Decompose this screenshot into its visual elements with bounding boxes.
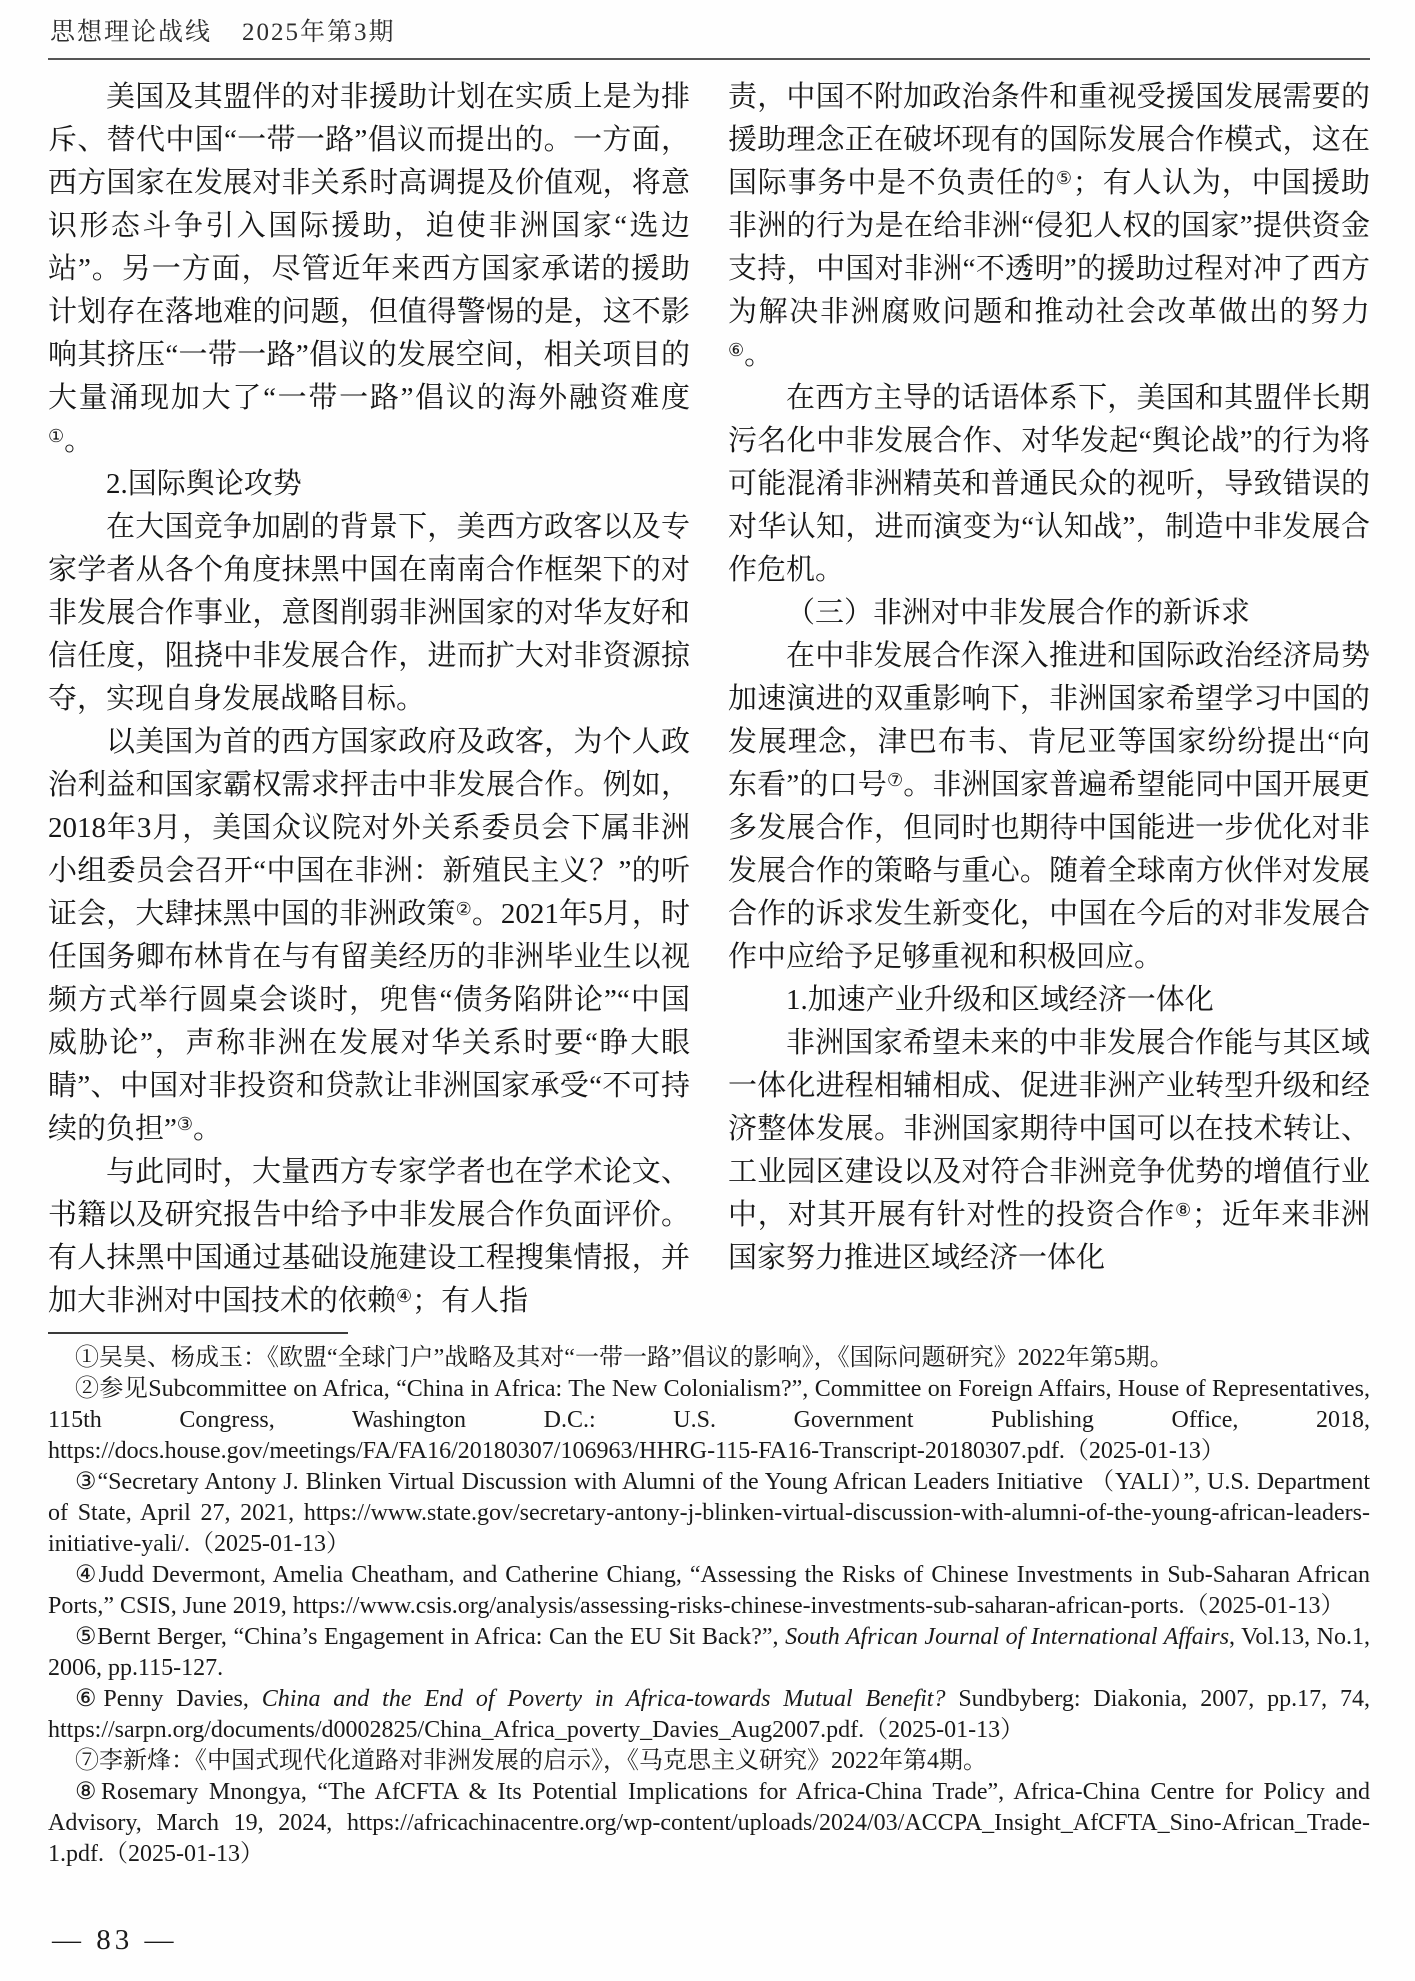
footnote-item: ④Judd Devermont, Amelia Cheatham, and Ca… — [48, 1560, 1370, 1622]
body-paragraph: 在中非发展合作深入推进和国际政治经济局势加速演进的双重影响下，非洲国家希望学习中… — [728, 635, 1370, 979]
body-paragraph: 与此同时，大量西方专家学者也在学术论文、书籍以及研究报告中给予中非发展合作负面评… — [48, 1151, 690, 1323]
header-rule — [48, 58, 1370, 60]
footnote-item: ⑦李新烽：《中国式现代化道路对非洲发展的启示》，《马克思主义研究》2022年第4… — [48, 1746, 1370, 1777]
issue-label: 2025年第3期 — [242, 12, 396, 48]
section-heading: 2.国际舆论攻势 — [48, 463, 690, 506]
right-column: 责，中国不附加政治条件和重视受援国发展需要的援助理念正在破坏现有的国际发展合作模… — [728, 76, 1370, 1323]
body-columns: 美国及其盟伴的对非援助计划在实质上是为排斥、替代中国“一带一路”倡议而提出的。一… — [48, 76, 1370, 1323]
section-heading: 1.加速产业升级和区域经济一体化 — [728, 979, 1370, 1022]
journal-name: 思想理论战线 — [50, 12, 212, 48]
footnote-rule — [48, 1332, 348, 1334]
body-paragraph: 在大国竞争加剧的背景下，美西方政客以及专家学者从各个角度抹黑中国在南南合作框架下… — [48, 506, 690, 721]
page-header: 思想理论战线 2025年第3期 — [48, 12, 1370, 48]
page-number: — 83 — — [52, 1924, 178, 1957]
journal-page: 思想理论战线 2025年第3期 美国及其盟伴的对非援助计划在实质上是为排斥、替代… — [0, 0, 1415, 1981]
footnote-item: ①吴昊、杨成玉：《欧盟“全球门户”战略及其对“一带一路”倡议的影响》，《国际问题… — [48, 1343, 1370, 1374]
body-paragraph-continuation: 责，中国不附加政治条件和重视受援国发展需要的援助理念正在破坏现有的国际发展合作模… — [728, 76, 1370, 377]
footnote-item: ⑧Rosemary Mnongya, “The AfCFTA & Its Pot… — [48, 1777, 1370, 1870]
footnote-item: ②参见Subcommittee on Africa, “China in Afr… — [48, 1374, 1370, 1467]
footnote-item: ⑤Bernt Berger, “China’s Engagement in Af… — [48, 1622, 1370, 1684]
body-paragraph: 非洲国家希望未来的中非发展合作能与其区域一体化进程相辅相成、促进非洲产业转型升级… — [728, 1022, 1370, 1280]
footnote-item: ③“Secretary Antony J. Blinken Virtual Di… — [48, 1467, 1370, 1560]
body-paragraph: 美国及其盟伴的对非援助计划在实质上是为排斥、替代中国“一带一路”倡议而提出的。一… — [48, 76, 690, 463]
body-paragraph: 以美国为首的西方国家政府及政客，为个人政治利益和国家霸权需求抨击中非发展合作。例… — [48, 721, 690, 1151]
footnote-item: ⑥Penny Davies, China and the End of Pove… — [48, 1684, 1370, 1746]
section-heading: （三）非洲对中非发展合作的新诉求 — [728, 592, 1370, 635]
footnotes-section: ①吴昊、杨成玉：《欧盟“全球门户”战略及其对“一带一路”倡议的影响》，《国际问题… — [48, 1343, 1370, 1870]
body-paragraph: 在西方主导的话语体系下，美国和其盟伴长期污名化中非发展合作、对华发起“舆论战”的… — [728, 377, 1370, 592]
left-column: 美国及其盟伴的对非援助计划在实质上是为排斥、替代中国“一带一路”倡议而提出的。一… — [48, 76, 690, 1323]
